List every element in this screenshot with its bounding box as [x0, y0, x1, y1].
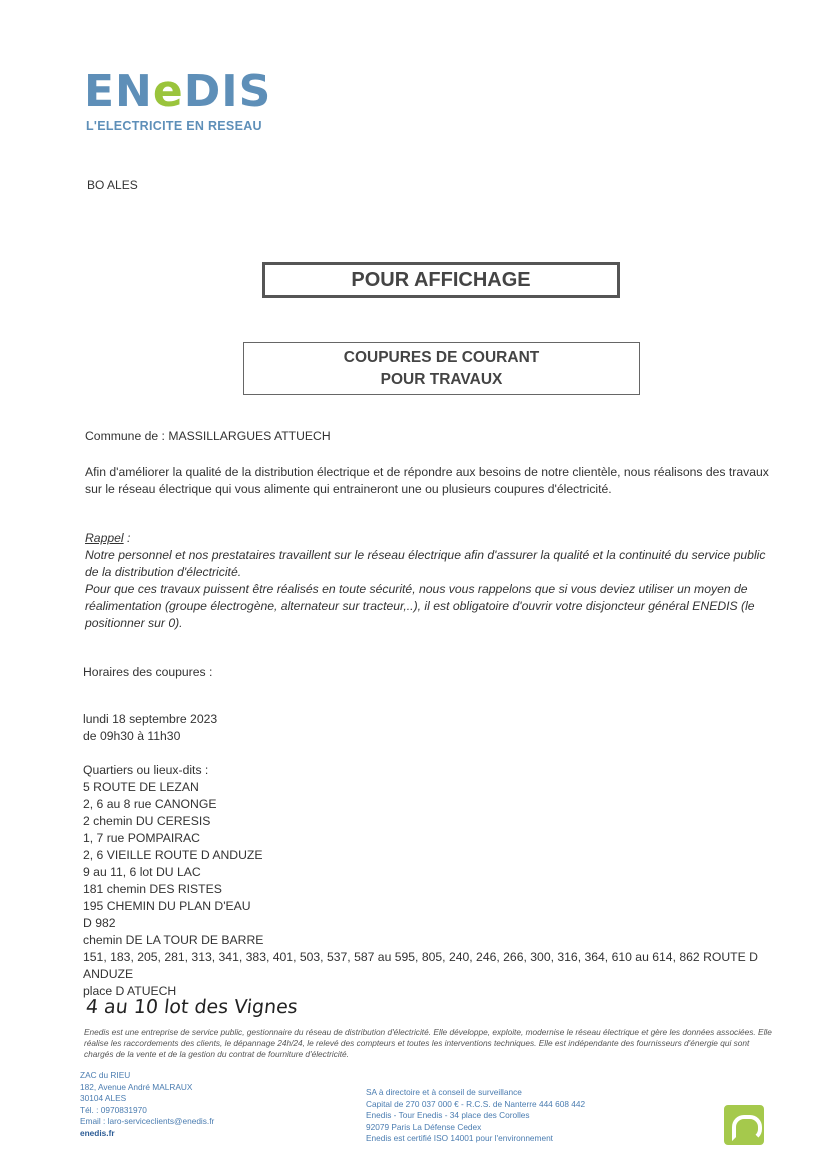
schedule-date: lundi 18 septembre 2023 — [83, 711, 217, 728]
logo-tagline: L'ELECTRICITE EN RESEAU — [86, 119, 262, 133]
location-item: 1, 7 rue POMPAIRAC — [83, 830, 773, 847]
location-item: D 982 — [83, 915, 773, 932]
footer-line: Email : laro-serviceclients@enedis.fr — [80, 1116, 214, 1128]
rappel-colon: : — [124, 531, 131, 545]
logo-part-e: e — [153, 66, 184, 117]
location-item: chemin DE LA TOUR DE BARRE — [83, 932, 773, 949]
display-title-box: POUR AFFICHAGE — [262, 262, 620, 298]
notice-title-line1: COUPURES DE COURANT — [244, 347, 639, 369]
rappel-label: Rappel — [85, 531, 124, 545]
handwritten-note: 4 au 10 lot des Vignes — [85, 996, 299, 1018]
location-item: 9 au 11, 6 lot DU LAC — [83, 864, 773, 881]
footer-website-link[interactable]: enedis.fr — [80, 1128, 214, 1140]
logo-part-dis: DIS — [184, 66, 272, 117]
footer-line: ZAC du RIEU — [80, 1070, 214, 1082]
notice-title-line2: POUR TRAVAUX — [244, 369, 639, 391]
location-item: 195 CHEMIN DU PLAN D'EAU — [83, 898, 773, 915]
location-item: 5 ROUTE DE LEZAN — [83, 779, 773, 796]
office-name: BO ALES — [87, 178, 138, 192]
locations-list: 5 ROUTE DE LEZAN2, 6 au 8 rue CANONGE2 c… — [83, 779, 773, 1000]
rappel-section: Rappel : Notre personnel et nos prestata… — [85, 530, 775, 632]
footer-company-info: SA à directoire et à conseil de surveill… — [366, 1087, 585, 1145]
location-item: 2, 6 au 8 rue CANONGE — [83, 796, 773, 813]
schedule-heading: Horaires des coupures : — [83, 664, 212, 681]
location-item: 2, 6 VIEILLE ROUTE D ANDUZE — [83, 847, 773, 864]
location-item: 2 chemin DU CERESIS — [83, 813, 773, 830]
footer-line: Enedis est certifié ISO 14001 pour l'env… — [366, 1133, 585, 1145]
schedule-time: de 09h30 à 11h30 — [83, 728, 180, 745]
rappel-paragraph-2: Pour que ces travaux puissent être réali… — [85, 581, 771, 632]
notice-title-box: COUPURES DE COURANT POUR TRAVAUX — [243, 342, 640, 395]
enedis-corner-logo-icon — [724, 1105, 764, 1145]
footer-line: SA à directoire et à conseil de surveill… — [366, 1087, 585, 1099]
intro-paragraph: Afin d'améliorer la qualité de la distri… — [85, 464, 775, 498]
footer-line: 92079 Paris La Défense Cedex — [366, 1122, 585, 1134]
legal-notice: Enedis est une entreprise de service pub… — [84, 1027, 774, 1060]
footer-line: 182, Avenue André MALRAUX — [80, 1082, 214, 1094]
commune: Commune de : MASSILLARGUES ATTUECH — [85, 428, 331, 445]
logo-part-en: EN — [84, 66, 153, 117]
location-item: 181 chemin DES RISTES — [83, 881, 773, 898]
locations-section: Quartiers ou lieux-dits : 5 ROUTE DE LEZ… — [83, 762, 773, 1000]
enedis-logo: ENeDIS — [84, 70, 271, 114]
footer-line: Capital de 270 037 000 € - R.C.S. de Nan… — [366, 1099, 585, 1111]
rappel-paragraph-1: Notre personnel et nos prestataires trav… — [85, 547, 775, 581]
footer-address: ZAC du RIEU182, Avenue André MALRAUX3010… — [80, 1070, 214, 1139]
footer-line: Tél. : 0970831970 — [80, 1105, 214, 1117]
locations-heading: Quartiers ou lieux-dits : — [83, 762, 773, 779]
footer-line: Enedis - Tour Enedis - 34 place des Coro… — [366, 1110, 585, 1122]
location-item: 151, 183, 205, 281, 313, 341, 383, 401, … — [83, 949, 773, 983]
footer-line: 30104 ALES — [80, 1093, 214, 1105]
